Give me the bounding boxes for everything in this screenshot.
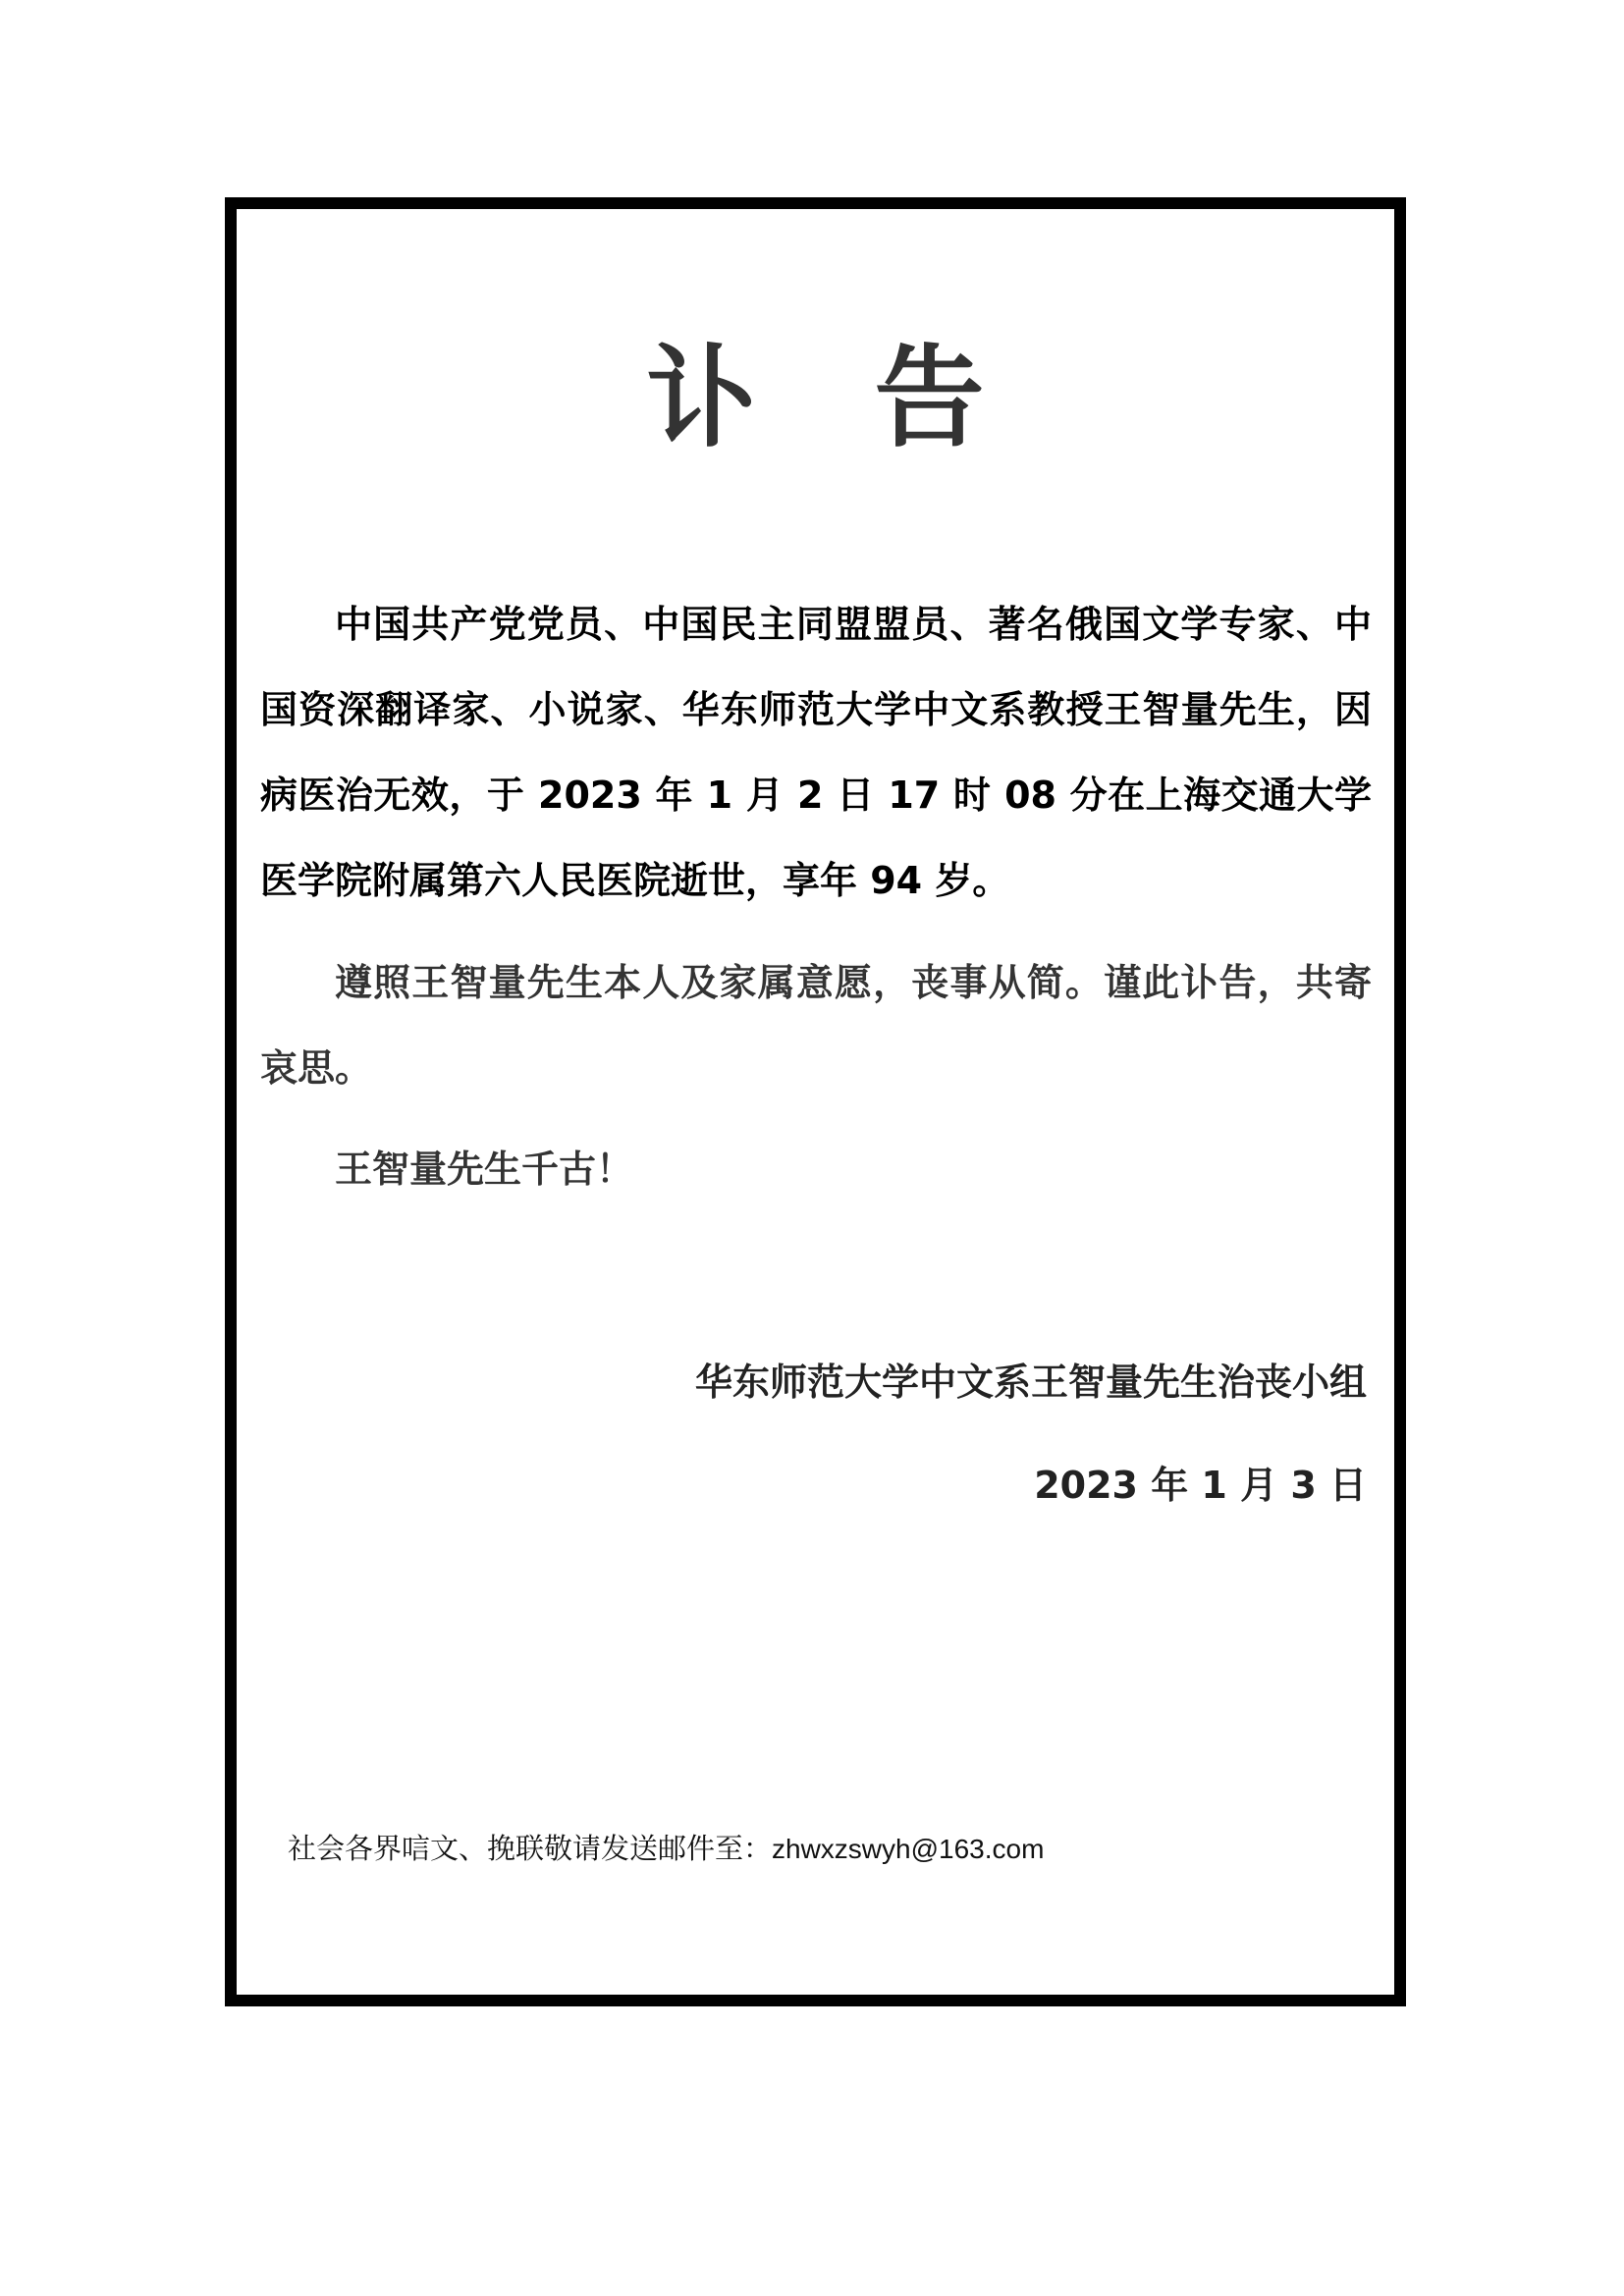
title-char-1: 讣 [647,335,757,462]
condolence-email: zhwxzswyh@163.com [772,1834,1044,1864]
condolence-label: 社会各界唁文、挽联敬请发送邮件至： [288,1832,772,1865]
condolence-contact: 社会各界唁文、挽联敬请发送邮件至：zhwxzswyh@163.com [288,1829,1044,1869]
obituary-paragraph-announcement: 中国共产党党员、中国民主同盟盟员、著名俄国文学专家、中国资深翻译家、小说家、华东… [260,582,1372,924]
signature-date: 2023 年 1 月 3 日 [1034,1456,1367,1515]
title-char-2: 告 [875,335,985,462]
obituary-paragraph-farewell: 王智量先生千古！ [260,1127,1372,1212]
obituary-paragraph-arrangements: 遵照王智量先生本人及家属意愿，丧事从简。谨此讣告，共寄哀思。 [260,940,1372,1111]
obituary-frame: 讣告 中国共产党党员、中国民主同盟盟员、著名俄国文学专家、中国资深翻译家、小说家… [225,197,1406,2006]
page-title: 讣告 [237,335,1394,462]
signature-organization: 华东师范大学中文系王智量先生治丧小组 [695,1353,1367,1412]
